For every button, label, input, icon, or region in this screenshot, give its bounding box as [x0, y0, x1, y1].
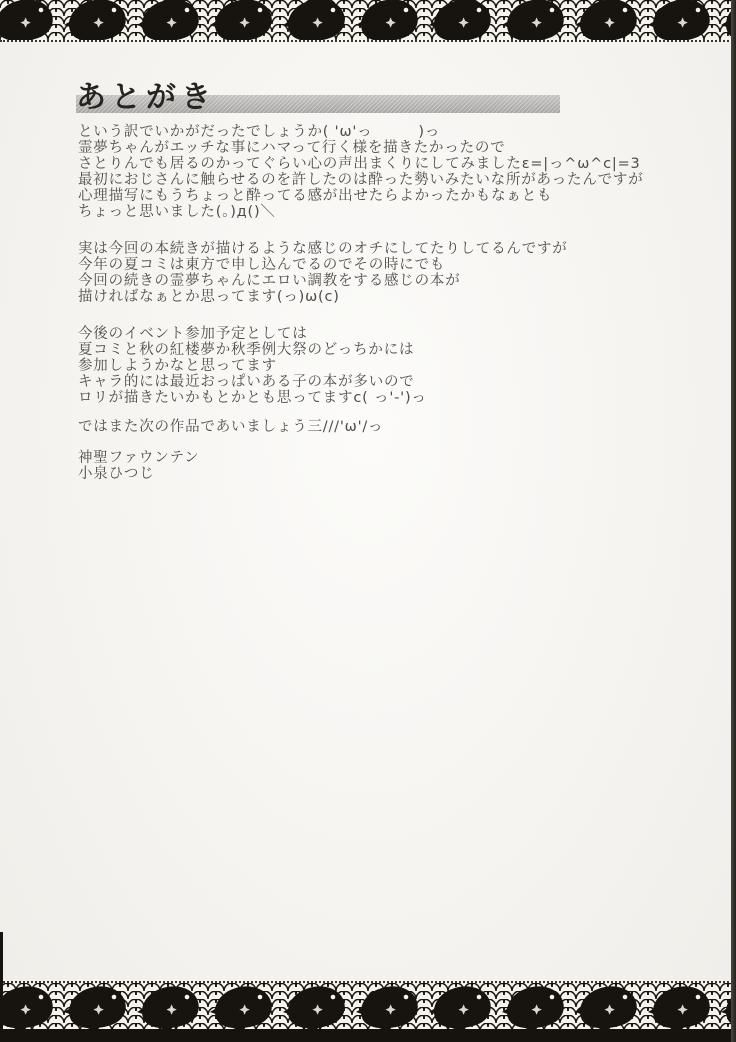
text-line: 実は今回の本続きが描けるような感じのオチにしてたりしてるんですが: [78, 241, 698, 257]
decorative-border-top: [0, 0, 736, 42]
text-line: 心理描写にもうちょっと酔ってる感が出せたらよかったかもなぁとも: [78, 188, 698, 204]
text-line: ロリが描きたいかもとかとも思ってますc( っ'-')っ: [78, 390, 698, 406]
paragraph-event-plans: 今後のイベント参加予定としては 夏コミと秋の紅楼夢か秋季例大祭のどっちかには 参…: [78, 326, 698, 406]
paragraph-intro: という訳でいかがだったでしょうか( 'ω'っ )っ 霊夢ちゃんがエッチな事にハマ…: [78, 124, 698, 220]
text-line: 今後のイベント参加予定としては: [78, 326, 698, 342]
text-line: 霊夢ちゃんがエッチな事にハマって行く様を描きたかったので: [78, 140, 698, 156]
page-title: あとがき: [76, 72, 216, 116]
signature-block: 神聖ファウンテン 小泉ひつじ: [78, 450, 698, 482]
scan-edge-left: [0, 932, 3, 1042]
scanned-afterword-page: { "page": { "title": "あとがき", "paragraphs…: [0, 0, 736, 1042]
paragraph-next-book: 実は今回の本続きが描けるような感じのオチにしてたりしてるんですが 今年の夏コミは…: [78, 241, 698, 305]
text-line: キャラ的には最近おっぱいある子の本が多いので: [78, 374, 698, 390]
text-line: 夏コミと秋の紅楼夢か秋季例大祭のどっちかには: [78, 342, 698, 358]
text-line: 参加しようかなと思ってます: [78, 358, 698, 374]
text-line: という訳でいかがだったでしょうか( 'ω'っ )っ: [78, 124, 698, 140]
decorative-border-bottom: [0, 981, 736, 1029]
text-line: 今年の夏コミは東方で申し込んでるのでその時にでも: [78, 257, 698, 273]
text-line: さとりんでも居るのかってぐらい心の声出まくりにしてみましたε=|っ^ω^c|=3: [78, 156, 698, 172]
text-line: 今回の続きの霊夢ちゃんにエロい調教をする感じの本が: [78, 273, 698, 289]
text-line: ではまた次の作品であいましょう三///'ω'/っ: [78, 419, 698, 435]
text-line: 描ければなぁとか思ってます(っ)ω(c): [78, 289, 698, 305]
text-line: 最初におじさんに触らせるのを許したのは酔った勢いみたいな所があったんですが: [78, 172, 698, 188]
signature-author-name: 小泉ひつじ: [78, 466, 698, 482]
border-pattern-top-svg: [0, 0, 736, 42]
scan-bottom-black-bar: [0, 1029, 736, 1042]
signature-circle-name: 神聖ファウンテン: [78, 450, 698, 466]
paragraph-closing: ではまた次の作品であいましょう三///'ω'/っ: [78, 419, 698, 435]
scan-edge-right: [731, 0, 736, 1042]
border-pattern-bottom-svg: [0, 983, 736, 1029]
text-line: ちょっと思いました(｡)д()＼: [78, 204, 698, 220]
